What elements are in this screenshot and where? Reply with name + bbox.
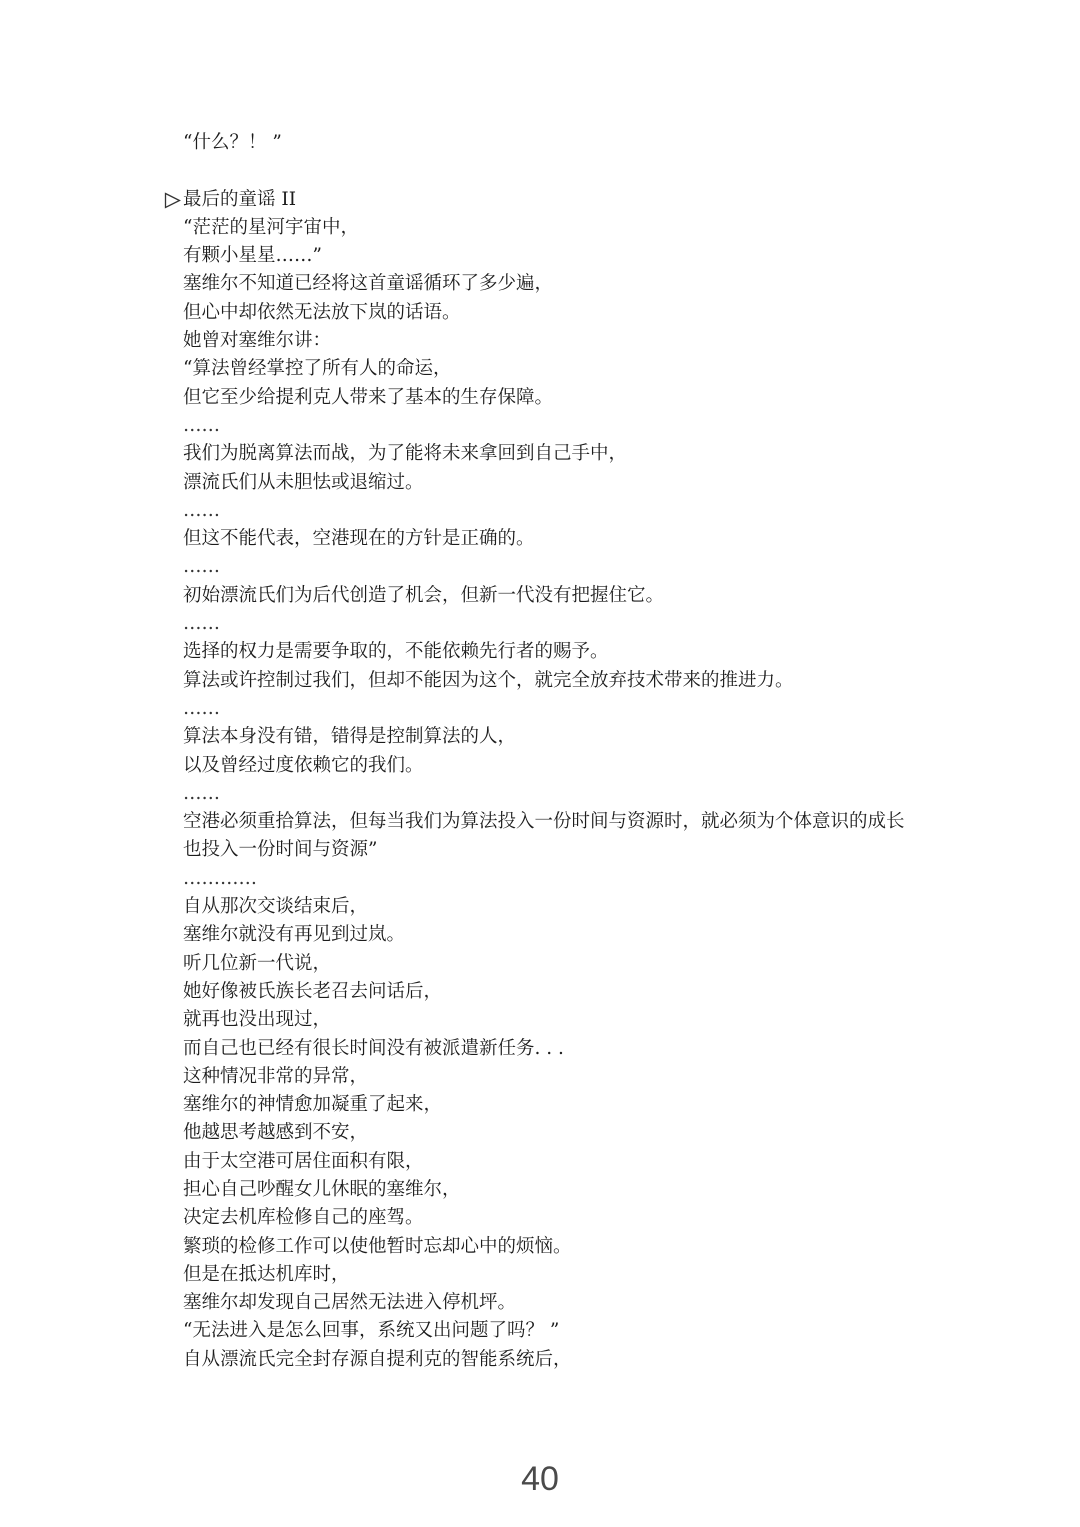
ellipsis-line: ………… [183,865,963,893]
text-line: 塞维尔却发现自己居然无法进入停机坪。 [183,1289,963,1317]
text-line: 这种情况非常的异常， [183,1063,963,1091]
text-line: “无法进入是怎么回事，系统又出问题了吗？ ” [183,1317,963,1345]
text-line: 我们为脱离算法而战，为了能将未来拿回到自己手中， [183,440,963,468]
document-body: “什么？！ ” 最后的童谣 II “茫茫的星河宇宙中， 有颗小星星……” 塞维尔… [183,129,963,1374]
text-line: 也投入一份时间与资源” [183,836,963,864]
text-line: 繁琐的检修工作可以使他暂时忘却心中的烦恼。 [183,1233,963,1261]
page-number: 40 [0,1460,1080,1499]
text-line: 她好像被氏族长老召去问话后， [183,978,963,1006]
text-line: 担心自己吵醒女儿休眠的塞维尔， [183,1176,963,1204]
text-line: 塞维尔不知道已经将这首童谣循环了多少遍， [183,270,963,298]
text-line: 自从那次交谈结束后， [183,893,963,921]
ellipsis-line: …… [183,553,963,581]
text-line: 决定去机库检修自己的座驾。 [183,1204,963,1232]
text-line: 初始漂流氏们为后代创造了机会，但新一代没有把握住它。 [183,582,963,610]
text-line: 算法本身没有错，错得是控制算法的人， [183,723,963,751]
text-line: 塞维尔的神情愈加凝重了起来， [183,1091,963,1119]
opening-line: “什么？！ ” [183,129,963,157]
text-line: “茫茫的星河宇宙中， [183,214,963,242]
ellipsis-line: …… [183,610,963,638]
text-line: 空港必须重拾算法，但每当我们为算法投入一份时间与资源时，就必须为个体意识的成长 [183,808,963,836]
text-line: 而自己也已经有很长时间没有被派遣新任务. . . [183,1035,963,1063]
ellipsis-line: …… [183,695,963,723]
blank-line [183,157,963,185]
section-title: 最后的童谣 II [183,189,296,210]
text-line: 但心中却依然无法放下岚的话语。 [183,299,963,327]
text-line: 听几位新一代说， [183,950,963,978]
text-line: 漂流氏们从未胆怯或退缩过。 [183,469,963,497]
text-line: 选择的权力是需要争取的，不能依赖先行者的赐予。 [183,638,963,666]
ellipsis-line: …… [183,412,963,440]
text-line: 就再也没出现过， [183,1006,963,1034]
text-line: 塞维尔就没有再见到过岚。 [183,921,963,949]
text-line: 有颗小星星……” [183,242,963,270]
ellipsis-line: …… [183,780,963,808]
text-line: 但它至少给提利克人带来了基本的生存保障。 [183,384,963,412]
text-line: 以及曾经过度依赖它的我们。 [183,752,963,780]
text-line: 算法或许控制过我们，但却不能因为这个，就完全放弃技术带来的推进力。 [183,667,963,695]
text-line: 由于太空港可居住面积有限， [183,1148,963,1176]
section-title-row: 最后的童谣 II [183,186,963,214]
ellipsis-line: …… [183,497,963,525]
text-line: 他越思考越感到不安， [183,1119,963,1147]
text-line: 她曾对塞维尔讲： [183,327,963,355]
text-line: 但这不能代表，空港现在的方针是正确的。 [183,525,963,553]
text-line: 自从漂流氏完全封存源自提利克的智能系统后， [183,1346,963,1374]
text-line: “算法曾经掌控了所有人的命运， [183,355,963,383]
text-line: 但是在抵达机库时， [183,1261,963,1289]
